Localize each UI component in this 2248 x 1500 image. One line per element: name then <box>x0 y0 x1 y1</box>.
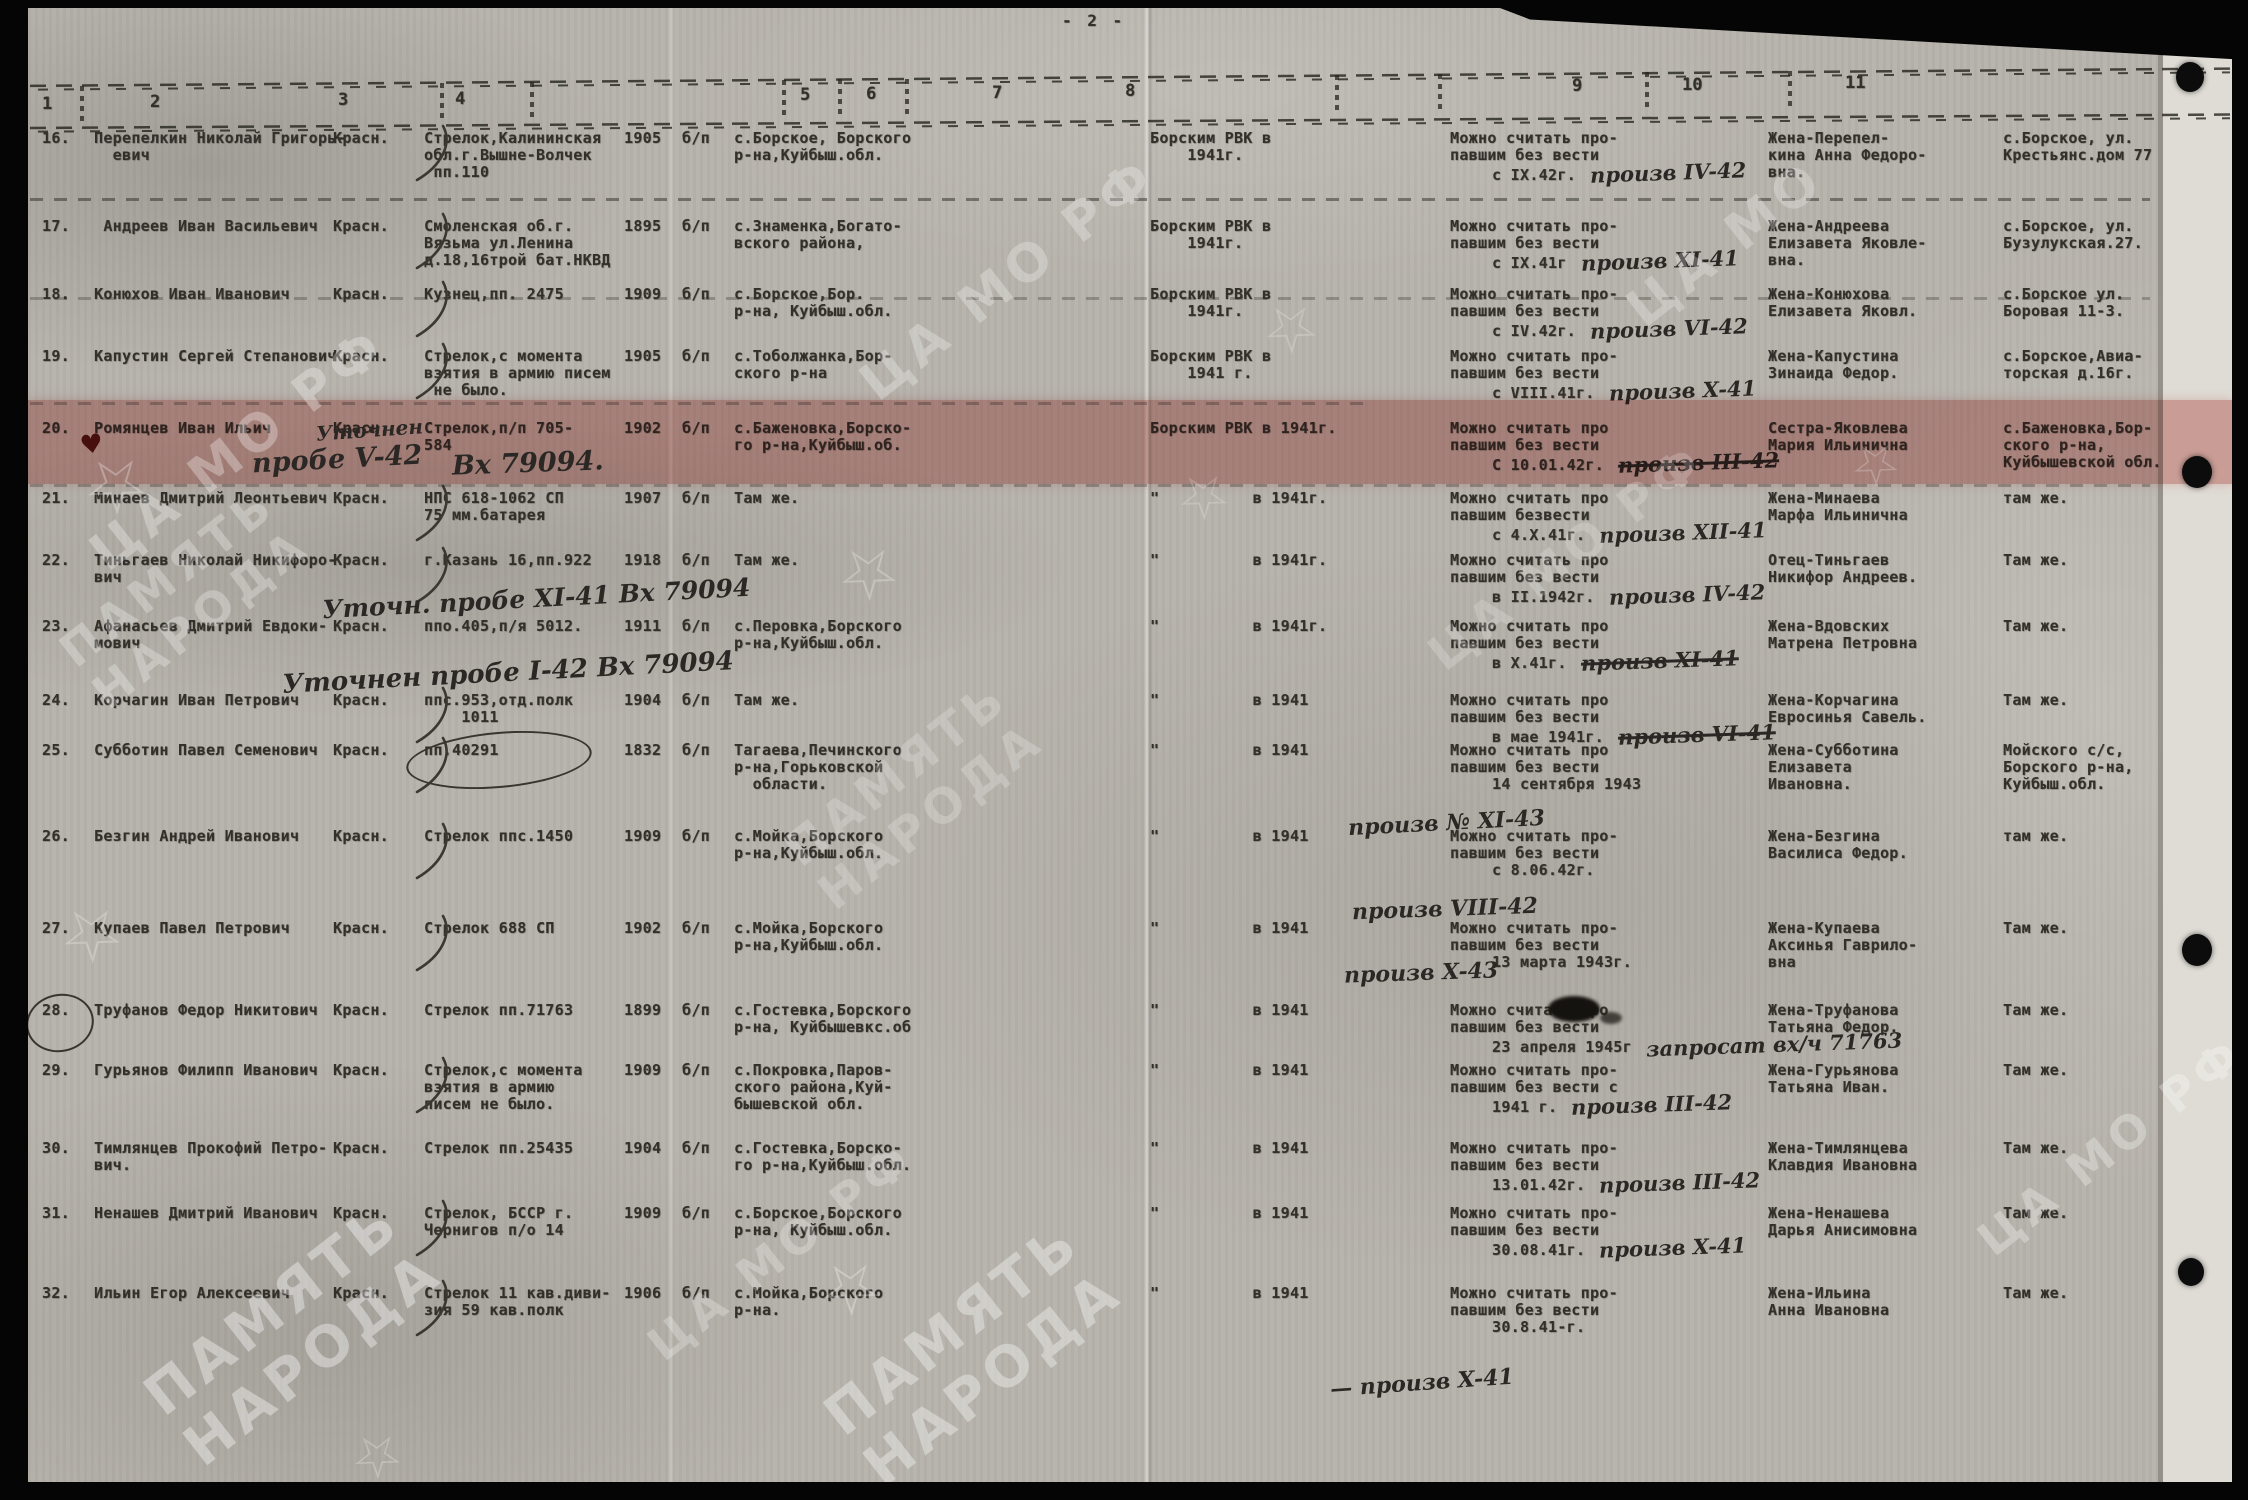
cell-rvk: " в 1941 <box>1150 1062 1450 1079</box>
pen-flourish <box>411 822 455 882</box>
cell-concl: Можно считать про- павшим без вести13.01… <box>1450 1140 1762 1194</box>
cell-rank: Красн. <box>333 742 423 759</box>
pen-flourish <box>411 484 455 544</box>
cell-rel: Жена-Субботина Елизавета Ивановна. <box>1768 742 1996 793</box>
cell-concl: Можно считать про- павшим без вестис IX.… <box>1450 130 1762 184</box>
cell-num: 17. <box>42 218 94 235</box>
cell-rvk: Борским РВК в 1941г. <box>1150 218 1450 252</box>
cell-rank: Красн. <box>333 920 423 937</box>
cell-year: 1905 <box>624 130 676 147</box>
handwritten-note: произв X-43 <box>1344 957 1499 988</box>
cell-name: Тимлянцев Прокофий Петро- вич. <box>94 1140 336 1174</box>
header-divider-dotted <box>1335 70 1339 110</box>
header-divider-dotted <box>782 75 786 115</box>
cell-year: 1918 <box>624 552 676 569</box>
column-header-4: 4 <box>455 89 465 109</box>
header-divider-dotted <box>1438 69 1442 109</box>
punch-hole <box>2178 1258 2204 1286</box>
cell-party: б/п <box>682 920 730 937</box>
cell-name: Гурьянов Филипп Иванович <box>94 1062 336 1079</box>
cell-year: 1902 <box>624 920 676 937</box>
cell-concl: Можно считать про- павшим без вести30.8.… <box>1450 1285 1762 1336</box>
cell-concl: Можно считать про- павшим без вестис VII… <box>1450 348 1762 402</box>
column-header-7: 7 <box>992 83 1002 103</box>
cell-rank: Красн. <box>333 1062 423 1079</box>
cell-rel: Жена-Андреева Елизавета Яковле- вна. <box>1768 218 1996 269</box>
conclusion-date: 13.01.42г. <box>1492 1176 1585 1194</box>
cell-rvk: " в 1941 <box>1150 1285 1450 1302</box>
header-divider-dotted <box>1645 67 1649 107</box>
cell-rank: Красн. <box>333 1140 423 1157</box>
cell-party: б/п <box>682 1205 730 1222</box>
cell-rvk: " в 1941 <box>1150 1002 1450 1019</box>
row-separator <box>30 484 2150 487</box>
handwritten-note: произв X-41 <box>1608 379 1756 401</box>
cell-party: б/п <box>682 618 730 635</box>
cell-year: 1899 <box>624 1002 676 1019</box>
punch-hole <box>2176 62 2204 92</box>
scan-border <box>2232 0 2248 1500</box>
pen-flourish <box>411 124 455 184</box>
handwritten-note: произв XI-41 <box>1580 649 1738 671</box>
cell-num: 30. <box>42 1140 94 1157</box>
page-number: - 2 - <box>1062 12 1125 29</box>
cell-concl: Можно считать про- павшим без вестис IV.… <box>1450 286 1762 340</box>
header-divider-dotted <box>838 74 842 114</box>
cell-rank: Красн. <box>333 286 423 303</box>
column-header-8: 8 <box>1125 81 1135 101</box>
cell-party: б/п <box>682 1140 730 1157</box>
cell-year: 1905 <box>624 348 676 365</box>
column-header-10: 10 <box>1682 75 1702 95</box>
cell-rank: Красн. <box>333 490 423 507</box>
cell-concl: Можно считать про- павшим без вести с194… <box>1450 1062 1762 1116</box>
cell-year: 1904 <box>624 1140 676 1157</box>
cell-num: 25. <box>42 742 94 759</box>
cell-rel: Жена-Ненашева Дарья Анисимовна <box>1768 1205 1996 1239</box>
cell-addr: Там же. <box>2003 692 2243 709</box>
header-divider-dotted <box>440 78 444 118</box>
cell-rank: Красн. <box>333 130 423 147</box>
handwritten-note: произв III-42 <box>1599 1171 1761 1194</box>
handwritten-note: произв IV-42 <box>1590 161 1747 183</box>
cell-name: Труфанов Федор Никитович <box>94 1002 336 1019</box>
header-divider-dotted <box>80 81 84 121</box>
cell-addr: Там же. <box>2003 1002 2243 1019</box>
punch-hole <box>2182 456 2212 488</box>
cell-rank: Красн. <box>333 828 423 845</box>
cell-rel: Жена-Труфанова Татьяна Федор. <box>1768 1002 1996 1036</box>
column-header-1: 1 <box>42 94 52 114</box>
conclusion-date: с IX.41г <box>1492 254 1567 272</box>
cell-year: 1906 <box>624 1285 676 1302</box>
cell-party: б/п <box>682 130 730 147</box>
pen-flourish <box>411 1056 455 1116</box>
cell-unit: ппо.405,п/я 5012. <box>424 618 626 635</box>
scan-border <box>0 1482 2248 1500</box>
cell-res: с.Покровка,Паров- ского района,Куй- быше… <box>734 1062 984 1113</box>
cell-unit: Стрелок пп.25435 <box>424 1140 626 1157</box>
cell-concl: Можно считать про павшим без вести14 сен… <box>1450 742 1762 793</box>
cell-concl: Можно считать про- павшим без вести30.08… <box>1450 1205 1762 1259</box>
cell-name: Субботин Павел Семенович <box>94 742 336 759</box>
cell-party: б/п <box>682 552 730 569</box>
cell-res: с.Перовка,Борского р-на,Куйбыш.обл. <box>734 618 984 652</box>
cell-addr: с.Борское, ул. Крестьянс.дом 77 <box>2003 130 2243 164</box>
column-header-6: 6 <box>866 84 876 104</box>
cell-rvk: " в 1941 <box>1150 1205 1450 1222</box>
cell-addr: Там же. <box>2003 552 2243 569</box>
cell-rvk: " в 1941 <box>1150 742 1450 759</box>
header-divider-dotted <box>530 77 534 117</box>
cell-rvk: " в 1941г. <box>1150 552 1450 569</box>
pen-flourish <box>411 342 455 402</box>
cell-party: б/п <box>682 218 730 235</box>
cell-year: 1832 <box>624 742 676 759</box>
handwritten-note: произв X-41 <box>1599 1236 1747 1258</box>
cell-rank: Красн. <box>333 552 423 569</box>
ink-blotch <box>1600 1012 1622 1024</box>
cell-name: Конюхов Иван Иванович <box>94 286 336 303</box>
cell-rel: Жена-Конюхова Елизавета Яковл. <box>1768 286 1996 320</box>
column-header-5: 5 <box>800 85 810 105</box>
cell-rvk: " в 1941г. <box>1150 618 1450 635</box>
cell-num: 22. <box>42 552 94 569</box>
cell-addr: с.Борское ул. Боровая 11-3. <box>2003 286 2243 320</box>
conclusion-date: 23 апреля 1945г <box>1492 1038 1632 1056</box>
conclusion-date: 30.8.41-г. <box>1492 1318 1585 1336</box>
cell-rel: Жена-Безгина Василиса Федор. <box>1768 828 1996 862</box>
cell-rel: Жена-Ильина Анна Ивановна <box>1768 1285 1996 1319</box>
cell-addr: там же. <box>2003 828 2243 845</box>
cell-concl: Можно считать про павшим без вестив мае … <box>1450 692 1762 746</box>
cell-addr: Там же. <box>2003 1285 2243 1302</box>
cell-num: 32. <box>42 1285 94 1302</box>
cell-rvk: Борским РВК в 1941г. <box>1150 130 1450 164</box>
handwritten-note: произв IV-42 <box>1608 583 1765 605</box>
conclusion-date: в X.41г. <box>1492 654 1567 672</box>
column-header-2: 2 <box>150 92 160 112</box>
cell-addr: Там же. <box>2003 920 2243 937</box>
cell-rel: Жена-Тимлянцева Клавдия Ивановна <box>1768 1140 1996 1174</box>
cell-rel: Жена-Гурьянова Татьяна Иван. <box>1768 1062 1996 1096</box>
ink-blotch <box>1548 996 1600 1022</box>
cell-party: б/п <box>682 490 730 507</box>
cell-party: б/п <box>682 1002 730 1019</box>
cell-res: с.Борское, Борского р-на,Куйбыш.обл. <box>734 130 984 164</box>
conclusion-date: с IV.42г. <box>1492 322 1576 340</box>
cell-party: б/п <box>682 286 730 303</box>
cell-rvk: " в 1941 <box>1150 692 1450 709</box>
cell-year: 1907 <box>624 490 676 507</box>
conclusion-date: с 8.06.42г. <box>1492 861 1595 879</box>
cell-addr: с.Борское,Авиа- торская д.16г. <box>2003 348 2243 382</box>
column-header-9: 9 <box>1572 76 1582 96</box>
scan-border <box>0 0 28 1500</box>
cell-num: 18. <box>42 286 94 303</box>
cell-party: б/п <box>682 1062 730 1079</box>
header-divider-dotted <box>905 74 909 114</box>
cell-year: 1904 <box>624 692 676 709</box>
cell-rel: Жена-Корчагина Евросинья Савель. <box>1768 692 1996 726</box>
cell-rel: Жена-Капустина Зинаида Федор. <box>1768 348 1996 382</box>
header-divider-dotted <box>1788 66 1792 106</box>
cell-rel: Жена-Купаева Аксинья Гаврило- вна <box>1768 920 1996 971</box>
cell-num: 29. <box>42 1062 94 1079</box>
cell-res: с.Знаменка,Богато- вского района, <box>734 218 984 252</box>
pen-flourish <box>411 914 455 974</box>
cell-num: 16. <box>42 130 94 147</box>
cell-rvk: " в 1941 <box>1150 1140 1450 1157</box>
cell-year: 1909 <box>624 1205 676 1222</box>
cell-party: б/п <box>682 692 730 709</box>
cell-party: б/п <box>682 348 730 365</box>
cell-rel: Жена-Вдовских Матрена Петровна <box>1768 618 1996 652</box>
cell-name: Ненашев Дмитрий Иванович <box>94 1205 336 1222</box>
cell-res: Там же. <box>734 490 984 507</box>
cell-unit: Стрелок пп.71763 <box>424 1002 626 1019</box>
cell-rank: Красн. <box>333 1002 423 1019</box>
cell-num: 24. <box>42 692 94 709</box>
cell-addr: Мойского с/с, Борского р-на, Куйбыш.обл. <box>2003 742 2243 793</box>
conclusion-date: 14 сентября 1943 <box>1492 775 1641 793</box>
conclusion-date: 1941 г. <box>1492 1098 1557 1116</box>
cell-addr: Там же. <box>2003 618 2243 635</box>
cell-addr: с.Борское, ул. Бузулукская.27. <box>2003 218 2243 252</box>
cell-name: Андреев Иван Васильевич <box>94 218 336 235</box>
scan-border <box>0 0 2248 8</box>
cell-rel: Отец-Тиньгаев Никифор Андреев. <box>1768 552 1996 586</box>
cell-year: 1895 <box>624 218 676 235</box>
cell-num: 31. <box>42 1205 94 1222</box>
cell-year: 1909 <box>624 828 676 845</box>
cell-name: Безгин Андрей Иванович <box>94 828 336 845</box>
cell-res: с.Мойка,Борского р-на,Куйбыш.обл. <box>734 920 984 954</box>
cell-addr: там же. <box>2003 490 2243 507</box>
cell-year: 1911 <box>624 618 676 635</box>
scanned-document: - 2 - 1234567891011 16.Перепелкин Никола… <box>0 0 2248 1500</box>
conclusion-date: с IX.42г. <box>1492 166 1576 184</box>
cell-concl: Можно считать про павшим без вести23 апр… <box>1450 1002 1762 1056</box>
cell-year: 1909 <box>624 1062 676 1079</box>
conclusion-date: 13 марта 1943г. <box>1492 953 1632 971</box>
cell-num: 26. <box>42 828 94 845</box>
column-header-3: 3 <box>338 90 348 110</box>
handwritten-note: Вх 79094. <box>452 445 605 481</box>
handwritten-note: произв III-42 <box>1571 1093 1733 1116</box>
cell-num: 19. <box>42 348 94 365</box>
column-header-11: 11 <box>1845 73 1865 93</box>
cell-name: Перепелкин Николай Григорь- евич <box>94 130 336 164</box>
punch-hole <box>2182 934 2212 966</box>
cell-res: с.Гостевка,Борского р-на, Куйбышевкс.об <box>734 1002 984 1036</box>
conclusion-date: 30.08.41г. <box>1492 1241 1585 1259</box>
cell-rank: Красн. <box>333 218 423 235</box>
cell-party: б/п <box>682 828 730 845</box>
cell-concl: Можно считать про- павшим без вестис 8.0… <box>1450 828 1762 879</box>
pen-flourish <box>411 280 455 340</box>
pen-flourish <box>411 212 455 272</box>
cell-party: б/п <box>682 742 730 759</box>
cell-year: 1909 <box>624 286 676 303</box>
